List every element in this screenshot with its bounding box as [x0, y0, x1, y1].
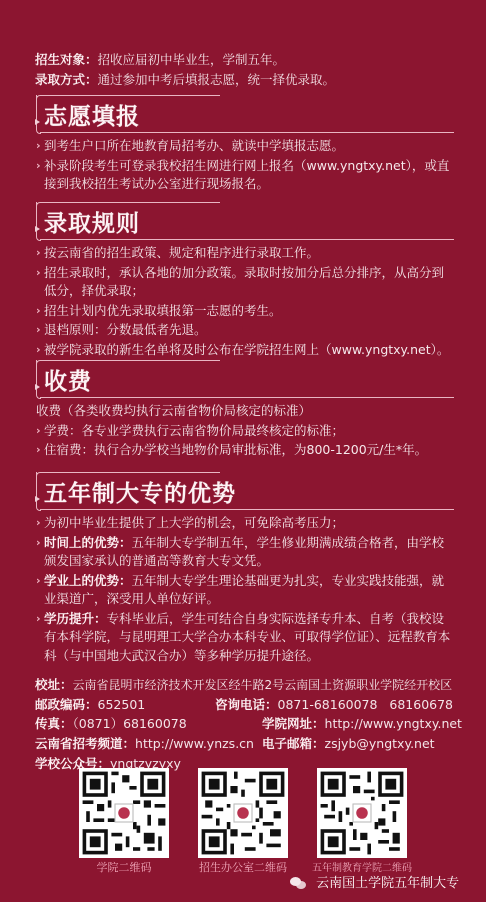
list-item: ›招生计划内优先录取填报第一志愿的考生。	[36, 302, 456, 321]
admission-method-value: 通过参加中考后填报志愿，统一择优录取。	[98, 72, 336, 87]
bullet-icon: ›	[36, 514, 41, 533]
channel-email-row: 云南省招考频道：http://www.ynzs.cn 电子邮箱：zsjyb@yn…	[35, 734, 455, 754]
postcode-label: 邮政编码：	[35, 697, 98, 712]
brochure-page: 招生对象：招收应届初中毕业生，学制五年。 录取方式：通过参加中考后填报志愿，统一…	[0, 0, 486, 902]
website-label: 学院网址：	[262, 716, 325, 731]
item-label: 学历提升：	[44, 611, 107, 626]
phone-label: 咨询电话：	[215, 697, 278, 712]
section-header-advantages: 五年制大专的优势	[36, 472, 454, 510]
website-link[interactable]: http://www.yngtxy.net	[325, 716, 462, 731]
qr-code-icon	[317, 768, 407, 858]
admission-rules-list: ›按云南省的招生政策、规定和程序进行录取工作。 ›招生录取时，承认各地的加分政策…	[36, 244, 456, 360]
item-label: 学业上的优势：	[44, 573, 132, 588]
channel-link[interactable]: http://www.ynzs.cn	[135, 736, 254, 751]
header-frame	[36, 202, 41, 241]
arrow-icon	[35, 119, 40, 125]
fees-intro: 收费（各类收费均执行云南省物价局核定的标准）	[36, 402, 456, 421]
phone-field: 咨询电话：0871-68160078 68160678	[215, 695, 453, 715]
list-item: ›时间上的优势：五年制大专学制五年，学生修业期满成绩合格者，由学校颁发国家承认的…	[36, 534, 456, 571]
qr-college: 学院二维码	[79, 768, 169, 875]
advantages-list: ›为初中毕业生提供了上大学的机会，可免除高考压力； ›时间上的优势：五年制大专学…	[36, 514, 456, 666]
enrollment-target-label: 招生对象：	[35, 52, 98, 67]
wechat-icon	[290, 877, 308, 891]
list-item: ›学历提升：专科毕业后，学生可结合自身实际选择专升本、自考（我校设有本科学院，与…	[36, 610, 456, 666]
bullet-icon: ›	[36, 341, 41, 360]
email-label: 电子邮箱：	[262, 736, 325, 751]
wechat-watermark: 云南国土学院五年制大专	[290, 872, 459, 896]
item-text: 按云南省的招生政策、规定和程序进行录取工作。	[44, 245, 319, 260]
header-underline	[40, 397, 454, 398]
bullet-icon: ›	[36, 157, 41, 176]
list-item: ›按云南省的招生政策、规定和程序进行录取工作。	[36, 244, 456, 263]
bullet-icon: ›	[36, 137, 41, 156]
address-row: 校址：云南省昆明市经济技术开发区经牛路2号云南国土资源职业学院经开校区	[35, 675, 455, 695]
item-text: 住宿费：执行合办学校当地物价局审批标准，为800-1200元/生*年。	[44, 442, 427, 457]
qr-code-icon	[198, 768, 288, 858]
section-header-application: 志愿填报	[36, 95, 454, 133]
qr-label: 学院二维码	[64, 859, 184, 875]
section-header-fees: 收费	[36, 360, 454, 398]
item-text: 被学院录取的新生名单将及时公布在学院招生网上（www.yngtxy.net）。	[44, 342, 449, 357]
qr-code-image[interactable]	[79, 768, 169, 858]
header-frame	[36, 95, 41, 134]
bullet-icon: ›	[36, 572, 41, 591]
qr-label: 招生办公室二维码	[183, 859, 303, 875]
phone-value: 0871-68160078 68160678	[278, 697, 454, 712]
qr-code-image[interactable]	[317, 768, 407, 858]
list-item: ›招生录取时，承认各地的加分政策。录取时按加分后总分排序，从高分到低分，择优录取…	[36, 264, 456, 301]
application-list: ›到考生户口所在地教育局招考办、就读中学填报志愿。 ›补录阶段考生可登录我校招生…	[36, 137, 456, 195]
enrollment-target-value: 招收应届初中毕业生，学制五年。	[98, 52, 286, 67]
section-title: 录取规则	[44, 205, 140, 238]
postcode-phone-row: 邮政编码：652501 咨询电话：0871-68160078 68160678	[35, 695, 455, 715]
bullet-icon: ›	[36, 302, 41, 321]
section-title: 五年制大专的优势	[44, 475, 236, 508]
header-frame	[36, 360, 41, 399]
list-item: ›学业上的优势：五年制大专学生理论基础更为扎实，专业实践技能强，就业渠道广，深受…	[36, 572, 456, 609]
enrollment-target: 招生对象：招收应届初中毕业生，学制五年。	[35, 50, 335, 70]
fax-label: 传真：	[35, 716, 73, 731]
bullet-icon: ›	[36, 441, 41, 460]
item-text: 招生录取时，承认各地的加分政策。录取时按加分后总分排序，从高分到低分，择优录取；	[44, 265, 444, 299]
fax-value: （0871）68160078	[73, 716, 187, 731]
list-item: ›补录阶段考生可登录我校招生网进行网上报名（www.yngtxy.net），或直…	[36, 157, 456, 194]
postcode-value: 652501	[98, 697, 146, 712]
header-underline	[40, 132, 454, 133]
section-title: 收费	[44, 363, 92, 396]
bullet-icon: ›	[36, 534, 41, 553]
qr-code-icon	[79, 768, 169, 858]
item-text: 补录阶段考生可登录我校招生网进行网上报名（www.yngtxy.net），或直接…	[44, 158, 449, 192]
item-text: 学费：各专业学费执行云南省物价局最终核定的标准；	[44, 423, 344, 438]
watermark-text: 云南国土学院五年制大专	[316, 876, 459, 891]
intro-block: 招生对象：招收应届初中毕业生，学制五年。 录取方式：通过参加中考后填报志愿，统一…	[35, 50, 335, 90]
section-header-admission-rules: 录取规则	[36, 202, 454, 240]
header-underline	[40, 509, 454, 510]
admission-method: 录取方式：通过参加中考后填报志愿，统一择优录取。	[35, 70, 335, 90]
contact-info: 校址：云南省昆明市经济技术开发区经牛路2号云南国土资源职业学院经开校区 邮政编码…	[35, 675, 455, 773]
bullet-icon: ›	[36, 244, 41, 263]
item-label: 时间上的优势：	[44, 535, 132, 550]
bullet-icon: ›	[36, 610, 41, 629]
item-text: 退档原则：分数最低者先退。	[44, 322, 207, 337]
address-value: 云南省昆明市经济技术开发区经牛路2号云南国土资源职业学院经开校区	[73, 678, 453, 692]
bullet-icon: ›	[36, 321, 41, 340]
section-title: 志愿填报	[44, 98, 140, 131]
email-link[interactable]: zsjyb@yngtxy.net	[325, 736, 435, 751]
list-item: ›为初中毕业生提供了上大学的机会，可免除高考压力；	[36, 514, 456, 533]
channel-label: 云南省招考频道：	[35, 736, 135, 751]
arrow-icon	[35, 496, 40, 502]
qr-admissions-office: 招生办公室二维码	[198, 768, 288, 875]
arrow-icon	[35, 384, 40, 390]
website-field: 学院网址：http://www.yngtxy.net	[262, 714, 462, 734]
list-item: ›学费：各专业学费执行云南省物价局最终核定的标准；	[36, 422, 456, 441]
header-frame	[36, 472, 41, 511]
header-underline	[40, 239, 454, 240]
bullet-icon: ›	[36, 264, 41, 283]
fees-list: 收费（各类收费均执行云南省物价局核定的标准） ›学费：各专业学费执行云南省物价局…	[36, 402, 456, 461]
list-item: ›住宿费：执行合办学校当地物价局审批标准，为800-1200元/生*年。	[36, 441, 456, 460]
list-item: ›被学院录取的新生名单将及时公布在学院招生网上（www.yngtxy.net）。	[36, 341, 456, 360]
qr-five-year-college: 五年制教育学院二维码	[317, 768, 407, 874]
bullet-icon: ›	[36, 422, 41, 441]
item-text: 为初中毕业生提供了上大学的机会，可免除高考压力；	[44, 515, 344, 530]
item-text: 到考生户口所在地教育局招考办、就读中学填报志愿。	[44, 138, 344, 153]
qr-code-image[interactable]	[198, 768, 288, 858]
fax-website-row: 传真：（0871）68160078 学院网址：http://www.yngtxy…	[35, 714, 455, 734]
list-item: ›到考生户口所在地教育局招考办、就读中学填报志愿。	[36, 137, 456, 156]
admission-method-label: 录取方式：	[35, 72, 98, 87]
item-text: 招生计划内优先录取填报第一志愿的考生。	[44, 303, 282, 318]
address-label: 校址：	[35, 677, 73, 692]
arrow-icon	[35, 226, 40, 232]
email-field: 电子邮箱：zsjyb@yngtxy.net	[262, 734, 435, 754]
list-item: ›退档原则：分数最低者先退。	[36, 321, 456, 340]
